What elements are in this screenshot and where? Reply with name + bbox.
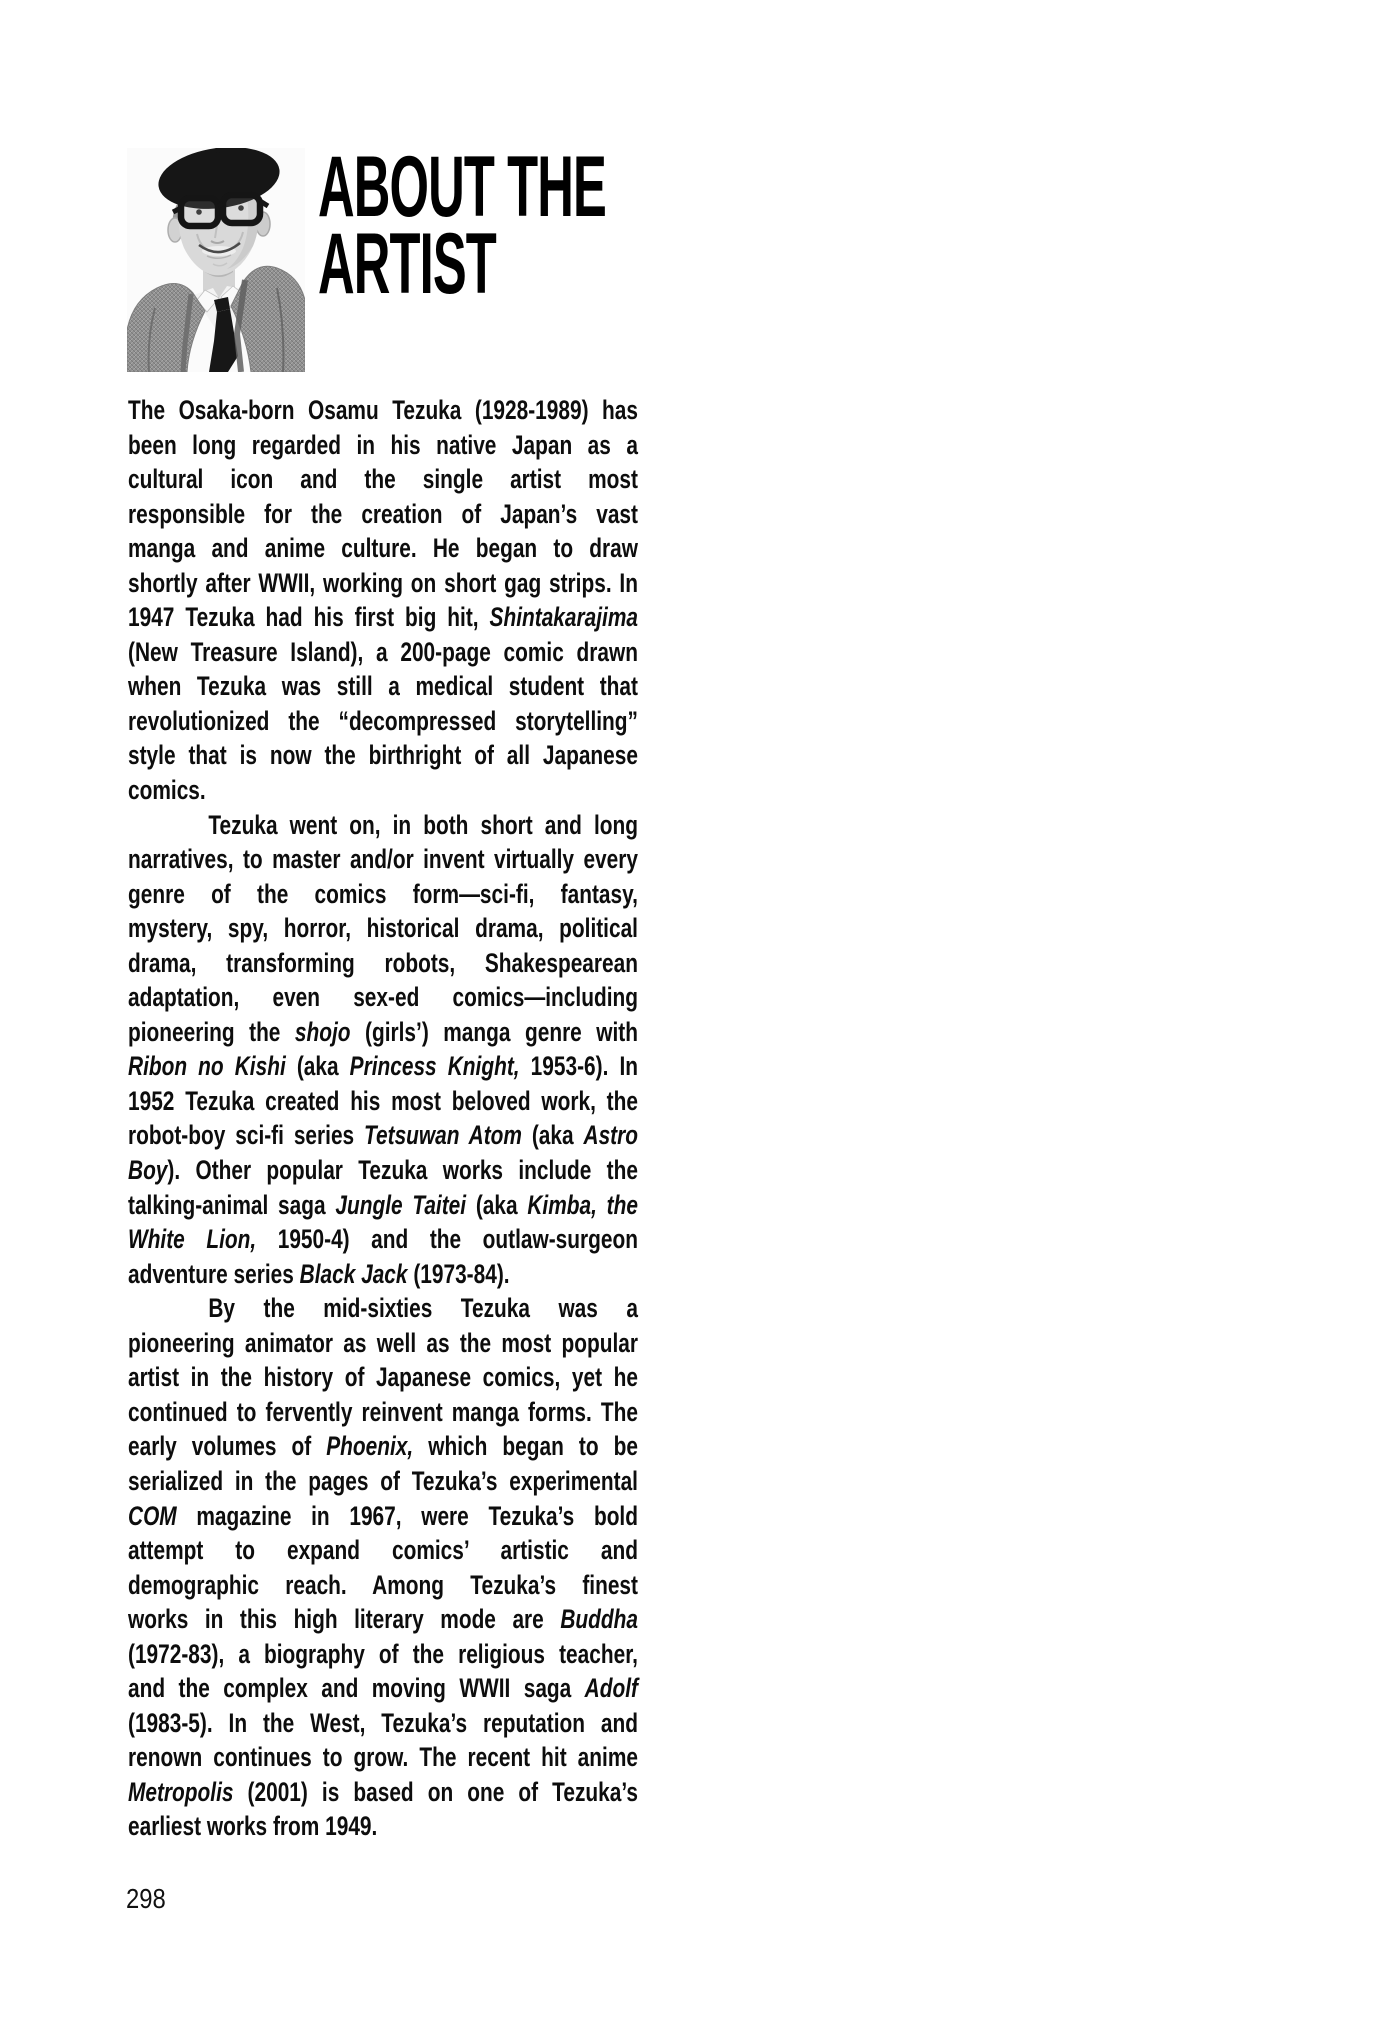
text-line: By the mid-sixties Tezuka was a	[128, 1291, 638, 1326]
italic-text-segment: Kimba, the	[527, 1190, 638, 1220]
italic-text-segment: Shintakarajima	[490, 602, 638, 632]
italic-text-segment: Metropolis	[128, 1777, 233, 1807]
section-title-line1: ABOUT THE	[318, 149, 606, 226]
italic-text-segment: Princess Knight,	[350, 1051, 520, 1081]
text-line: drama, transforming robots, Shakespearea…	[128, 946, 638, 981]
text-segment: 1950-4) and the outlaw-surgeon	[256, 1224, 638, 1254]
text-line: works in this high literary mode are Bud…	[128, 1602, 638, 1637]
text-segment: continued to fervently reinvent manga fo…	[128, 1397, 638, 1427]
text-line: shortly after WWII, working on short gag…	[128, 566, 638, 601]
italic-text-segment: Black Jack	[300, 1259, 408, 1289]
text-line: revolutionized the “decompressed storyte…	[128, 704, 638, 739]
text-segment: (1972-83), a biography of the religious …	[128, 1639, 638, 1669]
text-segment: which began to be	[413, 1431, 638, 1461]
text-line: Boy). Other popular Tezuka works include…	[128, 1153, 638, 1188]
italic-text-segment: Astro	[584, 1120, 638, 1150]
text-line: been long regarded in his native Japan a…	[128, 428, 638, 463]
text-line: adaptation, even sex-ed comics—including	[128, 980, 638, 1015]
section-title: ABOUT THE ARTIST	[318, 149, 606, 303]
text-line: style that is now the birthright of all …	[128, 738, 638, 773]
text-segment: comics.	[128, 775, 206, 805]
text-segment: (2001) is based on one of Tezuka’s	[233, 1777, 637, 1807]
italic-text-segment: Phoenix,	[326, 1431, 413, 1461]
book-page: ABOUT THE ARTIST The Osaka-born Osamu Te…	[0, 0, 1399, 2020]
text-line: manga and anime culture. He began to dra…	[128, 531, 638, 566]
text-line: earliest works from 1949.	[128, 1809, 638, 1844]
text-segment: serialized in the pages of Tezuka’s expe…	[128, 1466, 638, 1496]
text-segment: artist in the history of Japanese comics…	[128, 1362, 638, 1392]
text-segment: early volumes of	[128, 1431, 326, 1461]
text-line: demographic reach. Among Tezuka’s finest	[128, 1568, 638, 1603]
text-segment: robot-boy sci-fi series	[128, 1120, 364, 1150]
text-segment: By the mid-sixties Tezuka was a	[208, 1293, 638, 1323]
italic-text-segment: Adolf	[585, 1673, 638, 1703]
text-segment: style that is now the birthright of all …	[128, 740, 638, 770]
text-line: cultural icon and the single artist most	[128, 462, 638, 497]
body-column: The Osaka-born Osamu Tezuka (1928-1989) …	[128, 393, 638, 1844]
text-line: artist in the history of Japanese comics…	[128, 1360, 638, 1395]
text-segment: pioneering the	[128, 1017, 295, 1047]
text-line: continued to fervently reinvent manga fo…	[128, 1395, 638, 1430]
text-line: mystery, spy, horror, historical drama, …	[128, 911, 638, 946]
page-number: 298	[126, 1885, 166, 1913]
text-line: attempt to expand comics’ artistic and	[128, 1533, 638, 1568]
text-segment: (aka	[286, 1051, 350, 1081]
text-line: pioneering animator as well as the most …	[128, 1326, 638, 1361]
text-segment: (aka	[466, 1190, 527, 1220]
text-segment: attempt to expand comics’ artistic and	[128, 1535, 638, 1565]
text-segment: when Tezuka was still a medical student …	[128, 671, 638, 701]
text-segment: talking-animal saga	[128, 1190, 335, 1220]
text-segment: magazine in 1967, were Tezuka’s bold	[177, 1501, 638, 1531]
text-line: Ribon no Kishi (aka Princess Knight, 195…	[128, 1049, 638, 1084]
text-line: and the complex and moving WWII saga Ado…	[128, 1671, 638, 1706]
tezuka-portrait-photo	[127, 148, 305, 372]
text-line: serialized in the pages of Tezuka’s expe…	[128, 1464, 638, 1499]
text-segment: responsible for the creation of Japan’s …	[128, 499, 638, 529]
italic-text-segment: shojo	[295, 1017, 351, 1047]
text-line: COM magazine in 1967, were Tezuka’s bold	[128, 1499, 638, 1534]
text-segment: 1947 Tezuka had his first big hit,	[128, 602, 490, 632]
text-line: (1972-83), a biography of the religious …	[128, 1637, 638, 1672]
italic-text-segment: White Lion,	[128, 1224, 256, 1254]
text-line: Tezuka went on, in both short and long	[128, 808, 638, 843]
text-line: pioneering the shojo (girls’) manga genr…	[128, 1015, 638, 1050]
text-line: (1983-5). In the West, Tezuka’s reputati…	[128, 1706, 638, 1741]
text-line: The Osaka-born Osamu Tezuka (1928-1989) …	[128, 393, 638, 428]
text-segment: pioneering animator as well as the most …	[128, 1328, 638, 1358]
text-line: 1952 Tezuka created his most beloved wor…	[128, 1084, 638, 1119]
text-segment: (New Treasure Island), a 200-page comic …	[128, 637, 638, 667]
text-segment: (1973-84).	[408, 1259, 510, 1289]
text-segment: (girls’) manga genre with	[351, 1017, 638, 1047]
italic-text-segment: Buddha	[560, 1604, 638, 1634]
text-line: robot-boy sci-fi series Tetsuwan Atom (a…	[128, 1118, 638, 1153]
text-line: adventure series Black Jack (1973-84).	[128, 1257, 638, 1292]
text-segment: (1983-5). In the West, Tezuka’s reputati…	[128, 1708, 638, 1738]
text-line: talking-animal saga Jungle Taitei (aka K…	[128, 1188, 638, 1223]
text-line: responsible for the creation of Japan’s …	[128, 497, 638, 532]
text-segment: genre of the comics form—sci-fi, fantasy…	[128, 879, 638, 909]
text-segment: 1953-6). In	[520, 1051, 638, 1081]
section-title-line2: ARTIST	[318, 226, 606, 303]
text-segment: mystery, spy, horror, historical drama, …	[128, 913, 638, 943]
text-segment: adventure series	[128, 1259, 300, 1289]
text-line: renown continues to grow. The recent hit…	[128, 1740, 638, 1775]
text-line: genre of the comics form—sci-fi, fantasy…	[128, 877, 638, 912]
text-segment: Tezuka went on, in both short and long	[208, 810, 638, 840]
text-line: White Lion, 1950-4) and the outlaw-surge…	[128, 1222, 638, 1257]
text-segment: shortly after WWII, working on short gag…	[128, 568, 638, 598]
text-line: 1947 Tezuka had his first big hit, Shint…	[128, 600, 638, 635]
text-segment: been long regarded in his native Japan a…	[128, 430, 638, 460]
text-segment: ). Other popular Tezuka works include th…	[167, 1155, 638, 1185]
text-segment: cultural icon and the single artist most	[128, 464, 638, 494]
text-segment: adaptation, even sex-ed comics—including	[128, 982, 638, 1012]
text-segment: manga and anime culture. He began to dra…	[128, 533, 638, 563]
text-segment: narratives, to master and/or invent virt…	[128, 844, 638, 874]
italic-text-segment: Tetsuwan Atom	[364, 1120, 522, 1150]
text-segment: earliest works from 1949.	[128, 1811, 377, 1841]
text-segment: 1952 Tezuka created his most beloved wor…	[128, 1086, 638, 1116]
text-line: Metropolis (2001) is based on one of Tez…	[128, 1775, 638, 1810]
text-line: narratives, to master and/or invent virt…	[128, 842, 638, 877]
text-segment: and the complex and moving WWII saga	[128, 1673, 585, 1703]
italic-text-segment: Ribon no Kishi	[128, 1051, 286, 1081]
text-segment: drama, transforming robots, Shakespearea…	[128, 948, 638, 978]
text-segment: works in this high literary mode are	[128, 1604, 560, 1634]
italic-text-segment: Boy	[128, 1155, 167, 1185]
text-line: early volumes of Phoenix, which began to…	[128, 1429, 638, 1464]
italic-text-segment: COM	[128, 1501, 177, 1531]
italic-text-segment: Jungle Taitei	[335, 1190, 466, 1220]
text-segment: revolutionized the “decompressed storyte…	[128, 706, 638, 736]
text-segment: demographic reach. Among Tezuka’s finest	[128, 1570, 638, 1600]
text-segment: The Osaka-born Osamu Tezuka (1928-1989) …	[128, 395, 638, 425]
text-segment: renown continues to grow. The recent hit…	[128, 1742, 638, 1772]
text-segment: (aka	[522, 1120, 584, 1150]
text-line: comics.	[128, 773, 638, 808]
text-line: (New Treasure Island), a 200-page comic …	[128, 635, 638, 670]
text-line: when Tezuka was still a medical student …	[128, 669, 638, 704]
